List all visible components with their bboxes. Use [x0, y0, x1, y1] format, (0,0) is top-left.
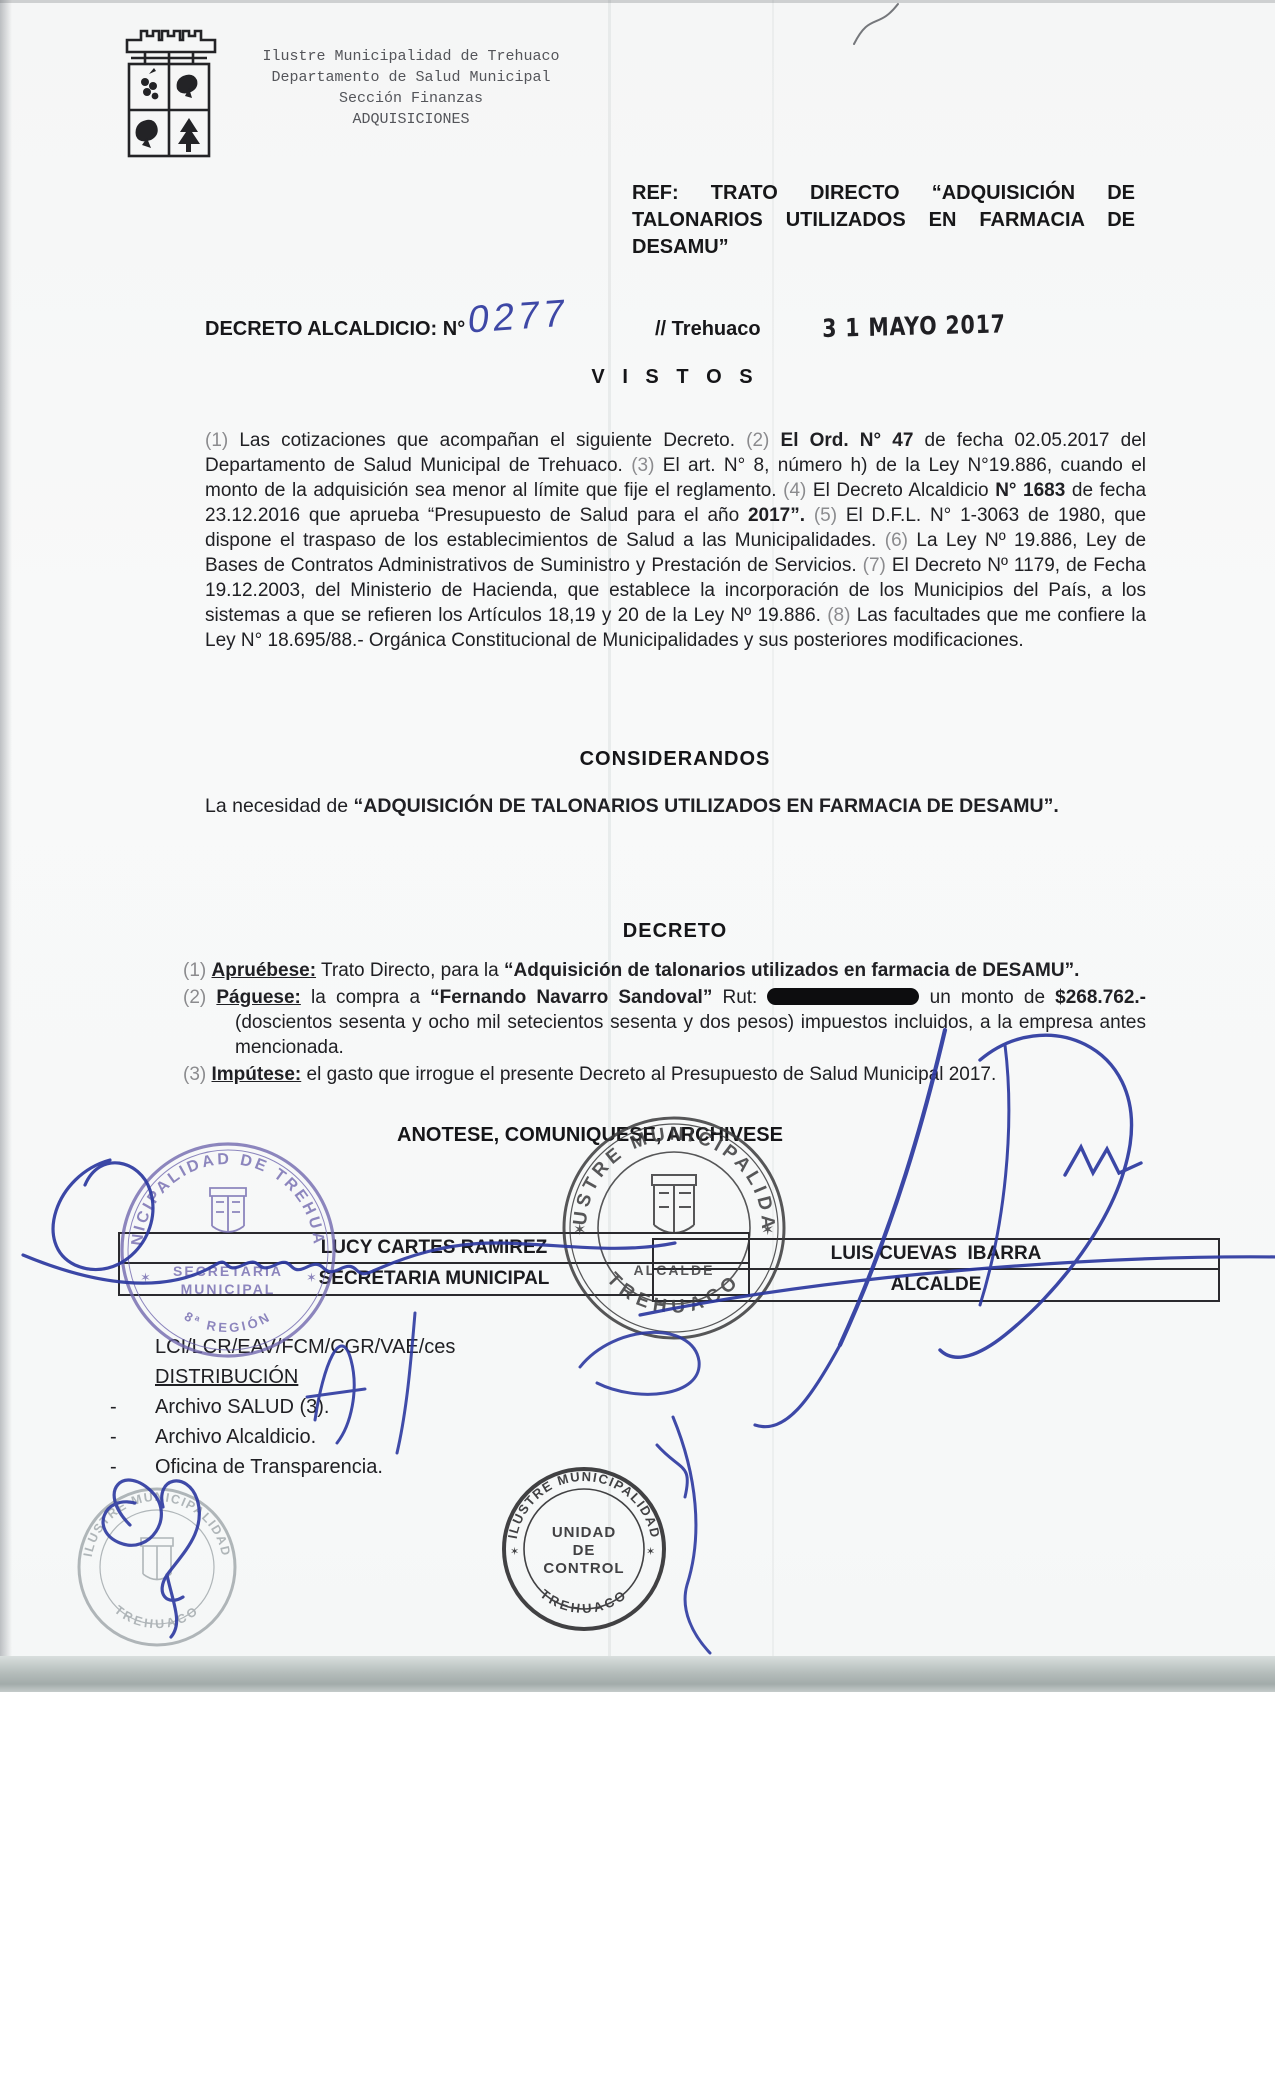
considerandos-title: CONSIDERANDOS: [205, 748, 1145, 771]
stamp-ring-text: TREHUACO: [537, 1586, 630, 1616]
corner-pen-mark: [842, 0, 912, 50]
archive-stamp-signature: [55, 1455, 285, 1645]
stamp-star: ✶: [510, 1546, 519, 1558]
decreto-item-1: (1) Apruébese: Trato Directo, para la “A…: [183, 958, 1146, 983]
letterhead-line1: Ilustre Municipalidad de Trehuaco: [243, 46, 579, 67]
stamp-center-text: DE: [573, 1542, 596, 1559]
control-round-stamp: ILUSTRE MUNICIPALIDAD TREHUACO ✶ ✶ UNIDA…: [494, 1459, 674, 1639]
scanned-decree-page: Ilustre Municipalidad de Trehuaco Depart…: [0, 0, 1275, 2100]
distribution-item: Archivo Alcaldicio.: [155, 1426, 316, 1449]
municipal-coat-of-arms: [105, 24, 233, 174]
list-dash: -: [110, 1456, 130, 1479]
stamp-ring-text: ILUSTRE MUNICIPALIDAD: [81, 1490, 233, 1558]
svg-text:ILUSTRE MUNICIPALIDAD: ILUSTRE MUNICIPALIDAD: [540, 1087, 778, 1233]
decree-place: // Trehuaco: [655, 318, 761, 341]
date-stamp: 3 1 MAYO 2017: [822, 309, 1006, 343]
alcalde-title: ALCALDE: [654, 1268, 1218, 1300]
scan-top-edge: [0, 0, 1275, 3]
archive-round-stamp: ILUSTRE MUNICIPALIDAD TREHUACO: [70, 1480, 245, 1655]
initials-signature-marks: [265, 1305, 715, 1460]
letterhead-line2: Departamento de Salud Municipal: [243, 67, 579, 88]
svg-text:TREHUACO: TREHUACO: [537, 1586, 630, 1616]
considerandos-paragraph: La necesidad de “ADQUISICIÓN DE TALONARI…: [205, 794, 1153, 819]
responsibility-initials: LCI/LCR/EAV/FCM/CGR/VAE/ces: [155, 1336, 455, 1359]
decree-number-label: DECRETO ALCALDICIO: N°: [205, 318, 465, 341]
svg-text:ILUSTRE MUNICIPALIDAD: ILUSTRE MUNICIPALIDAD: [505, 1469, 663, 1540]
alcalde-name: LUIS CUEVAS IBARRA: [654, 1240, 1218, 1268]
decreto-list: (1) Apruébese: Trato Directo, para la “A…: [183, 958, 1146, 1089]
distribution-item: Archivo SALUD (3).: [155, 1396, 330, 1419]
scan-edge-shadow: [0, 0, 12, 1692]
stamp-ring-text: ILUSTRE MUNICIPALIDAD: [540, 1087, 778, 1233]
list-dash: -: [110, 1426, 130, 1449]
stamp-ring-text: TREHUACO: [112, 1603, 202, 1632]
stamp-ring-text: 8ª REGIÓN: [182, 1309, 274, 1336]
stamp-center-text: UNIDAD: [552, 1524, 616, 1541]
decreto-item-3: (3) Impútese: el gasto que irrogue el pr…: [183, 1062, 1146, 1087]
control-stamp-signature: [595, 1405, 765, 1665]
decreto-title: DECRETO: [205, 920, 1145, 943]
stamp-star: ✶: [646, 1546, 655, 1558]
svg-text:8ª REGIÓN: 8ª REGIÓN: [182, 1309, 274, 1336]
ref-subject: REF: TRATO DIRECTO “ADQUISICIÓN DE TALON…: [632, 180, 1135, 261]
handwritten-decree-number: 0277: [466, 292, 571, 342]
svg-text:ILUSTRE MUNICIPALIDAD: ILUSTRE MUNICIPALIDAD: [81, 1490, 233, 1558]
distribution-item: Oficina de Transparencia.: [155, 1456, 383, 1479]
signature-box-alcalde: LUIS CUEVAS IBARRA ALCALDE: [652, 1238, 1220, 1302]
list-dash: -: [110, 1396, 130, 1419]
vistos-paragraph: (1) Las cotizaciones que acompañan el si…: [205, 428, 1146, 653]
stamp-ring-text: ILUSTRE MUNICIPALIDAD: [505, 1469, 663, 1540]
scan-streak: [608, 0, 611, 1660]
scan-background: [0, 1692, 1275, 2100]
svg-text:TREHUACO: TREHUACO: [112, 1603, 202, 1632]
distribution-title: DISTRIBUCIÓN: [155, 1366, 298, 1389]
letterhead-line4: ADQUISICIONES: [243, 109, 579, 130]
letterhead-line3: Sección Finanzas: [243, 88, 579, 109]
decreto-item-2: (2) Páguese: la compra a “Fernando Navar…: [183, 985, 1146, 1060]
letterhead: Ilustre Municipalidad de Trehuaco Depart…: [243, 46, 579, 130]
closing-formula: ANOTESE, COMUNIQUESE, ARCHIVESE: [120, 1124, 1060, 1147]
scan-page-bottom-edge: [0, 1656, 1275, 1692]
stamp-center-text: CONTROL: [543, 1560, 624, 1577]
vistos-title: V I S T O S: [205, 366, 1145, 389]
